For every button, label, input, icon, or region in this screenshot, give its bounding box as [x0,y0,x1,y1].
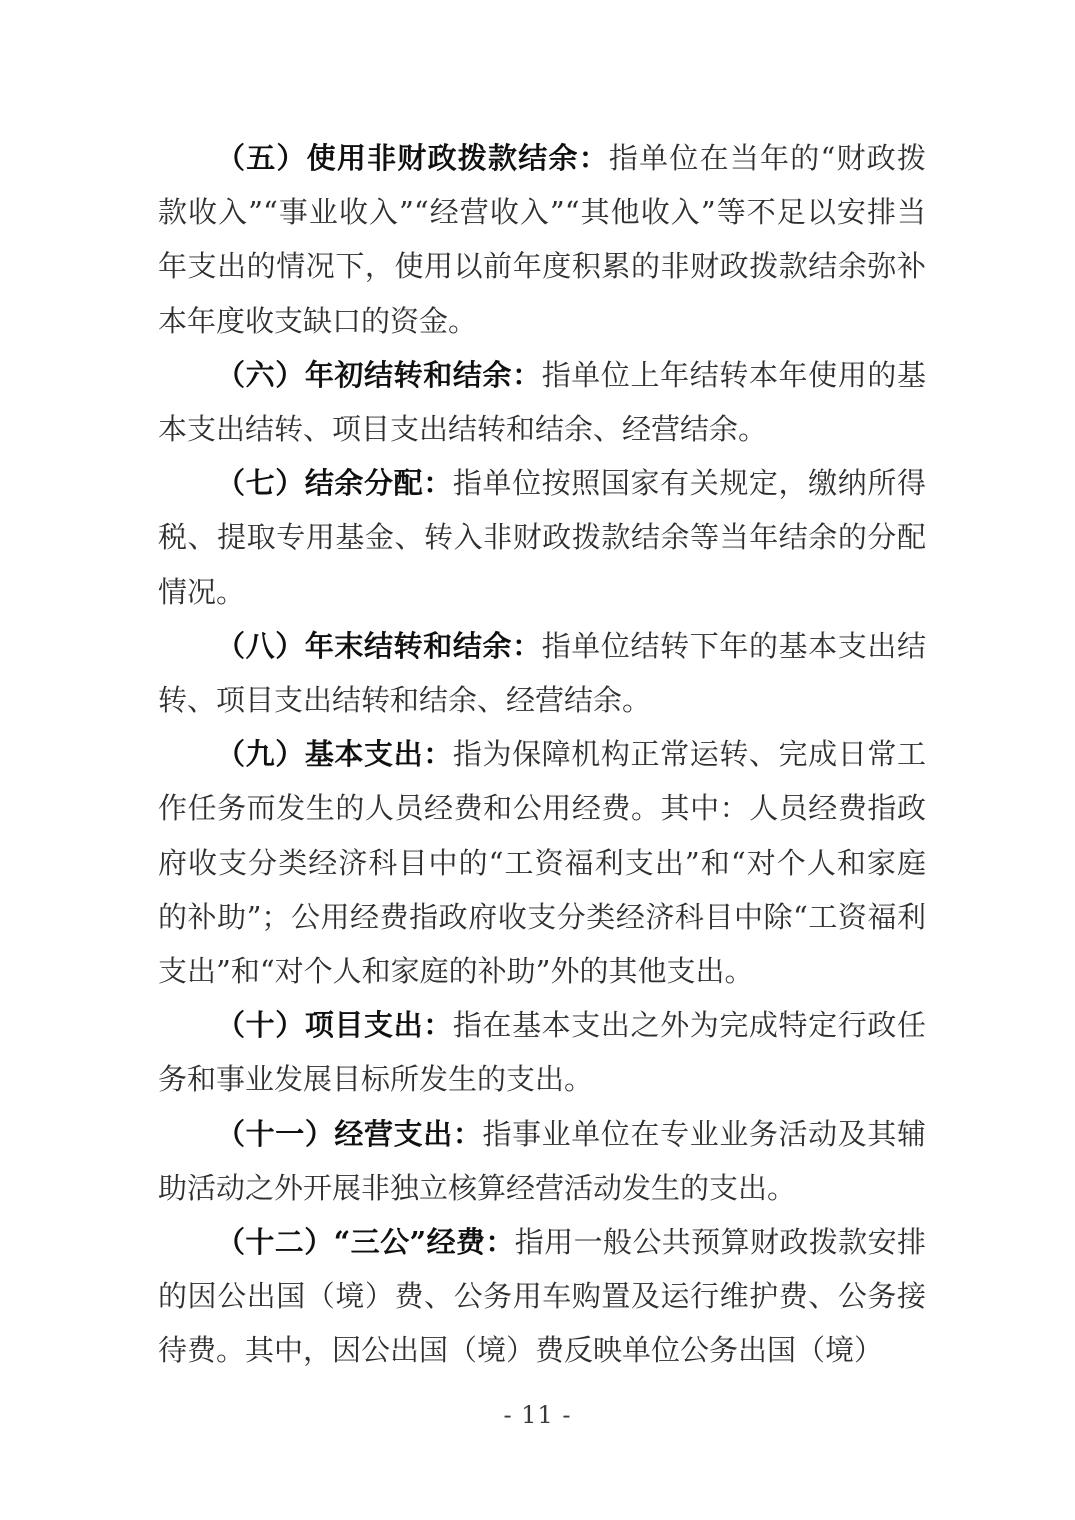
document-body: （五）使用非财政拨款结余：指单位在当年的“财政拨款收入”“事业收入”“经营收入”… [158,131,926,1378]
definition-term: （五）使用非财政拨款结余： [216,141,609,175]
definition-term: （十二）“三公”经费： [216,1225,515,1259]
definition-paragraph-11: （十一）经营支出：指事业单位在专业业务活动及其辅助活动之外开展非独立核算经营活动… [158,1107,926,1215]
page-number: - 11 - [0,1401,1075,1429]
definition-paragraph-12: （十二）“三公”经费：指用一般公共预算财政拨款安排的因公出国（境）费、公务用车购… [158,1215,926,1378]
definition-term: （七）结余分配： [216,466,453,500]
definition-term: （九）基本支出： [216,737,453,771]
document-page: （五）使用非财政拨款结余：指单位在当年的“财政拨款收入”“事业收入”“经营收入”… [0,0,1075,1520]
definition-term: （八）年末结转和结余： [216,629,542,663]
definition-term: （六）年初结转和结余： [216,358,542,392]
definition-paragraph-8: （八）年末结转和结余：指单位结转下年的基本支出结转、项目支出结转和结余、经营结余… [158,619,926,727]
definition-text: 指为保障机构正常运转、完成日常工作任务而发生的人员经费和公用经费。其中：人员经费… [158,737,926,988]
definition-paragraph-9: （九）基本支出：指为保障机构正常运转、完成日常工作任务而发生的人员经费和公用经费… [158,727,926,998]
definition-paragraph-6: （六）年初结转和结余：指单位上年结转本年使用的基本支出结转、项目支出结转和结余、… [158,348,926,456]
definition-term: （十一）经营支出： [216,1117,482,1151]
definition-paragraph-10: （十）项目支出：指在基本支出之外为完成特定行政任务和事业发展目标所发生的支出。 [158,998,926,1106]
definition-paragraph-5: （五）使用非财政拨款结余：指单位在当年的“财政拨款收入”“事业收入”“经营收入”… [158,131,926,348]
definition-term: （十）项目支出： [216,1008,453,1042]
definition-paragraph-7: （七）结余分配：指单位按照国家有关规定，缴纳所得税、提取专用基金、转入非财政拨款… [158,456,926,619]
